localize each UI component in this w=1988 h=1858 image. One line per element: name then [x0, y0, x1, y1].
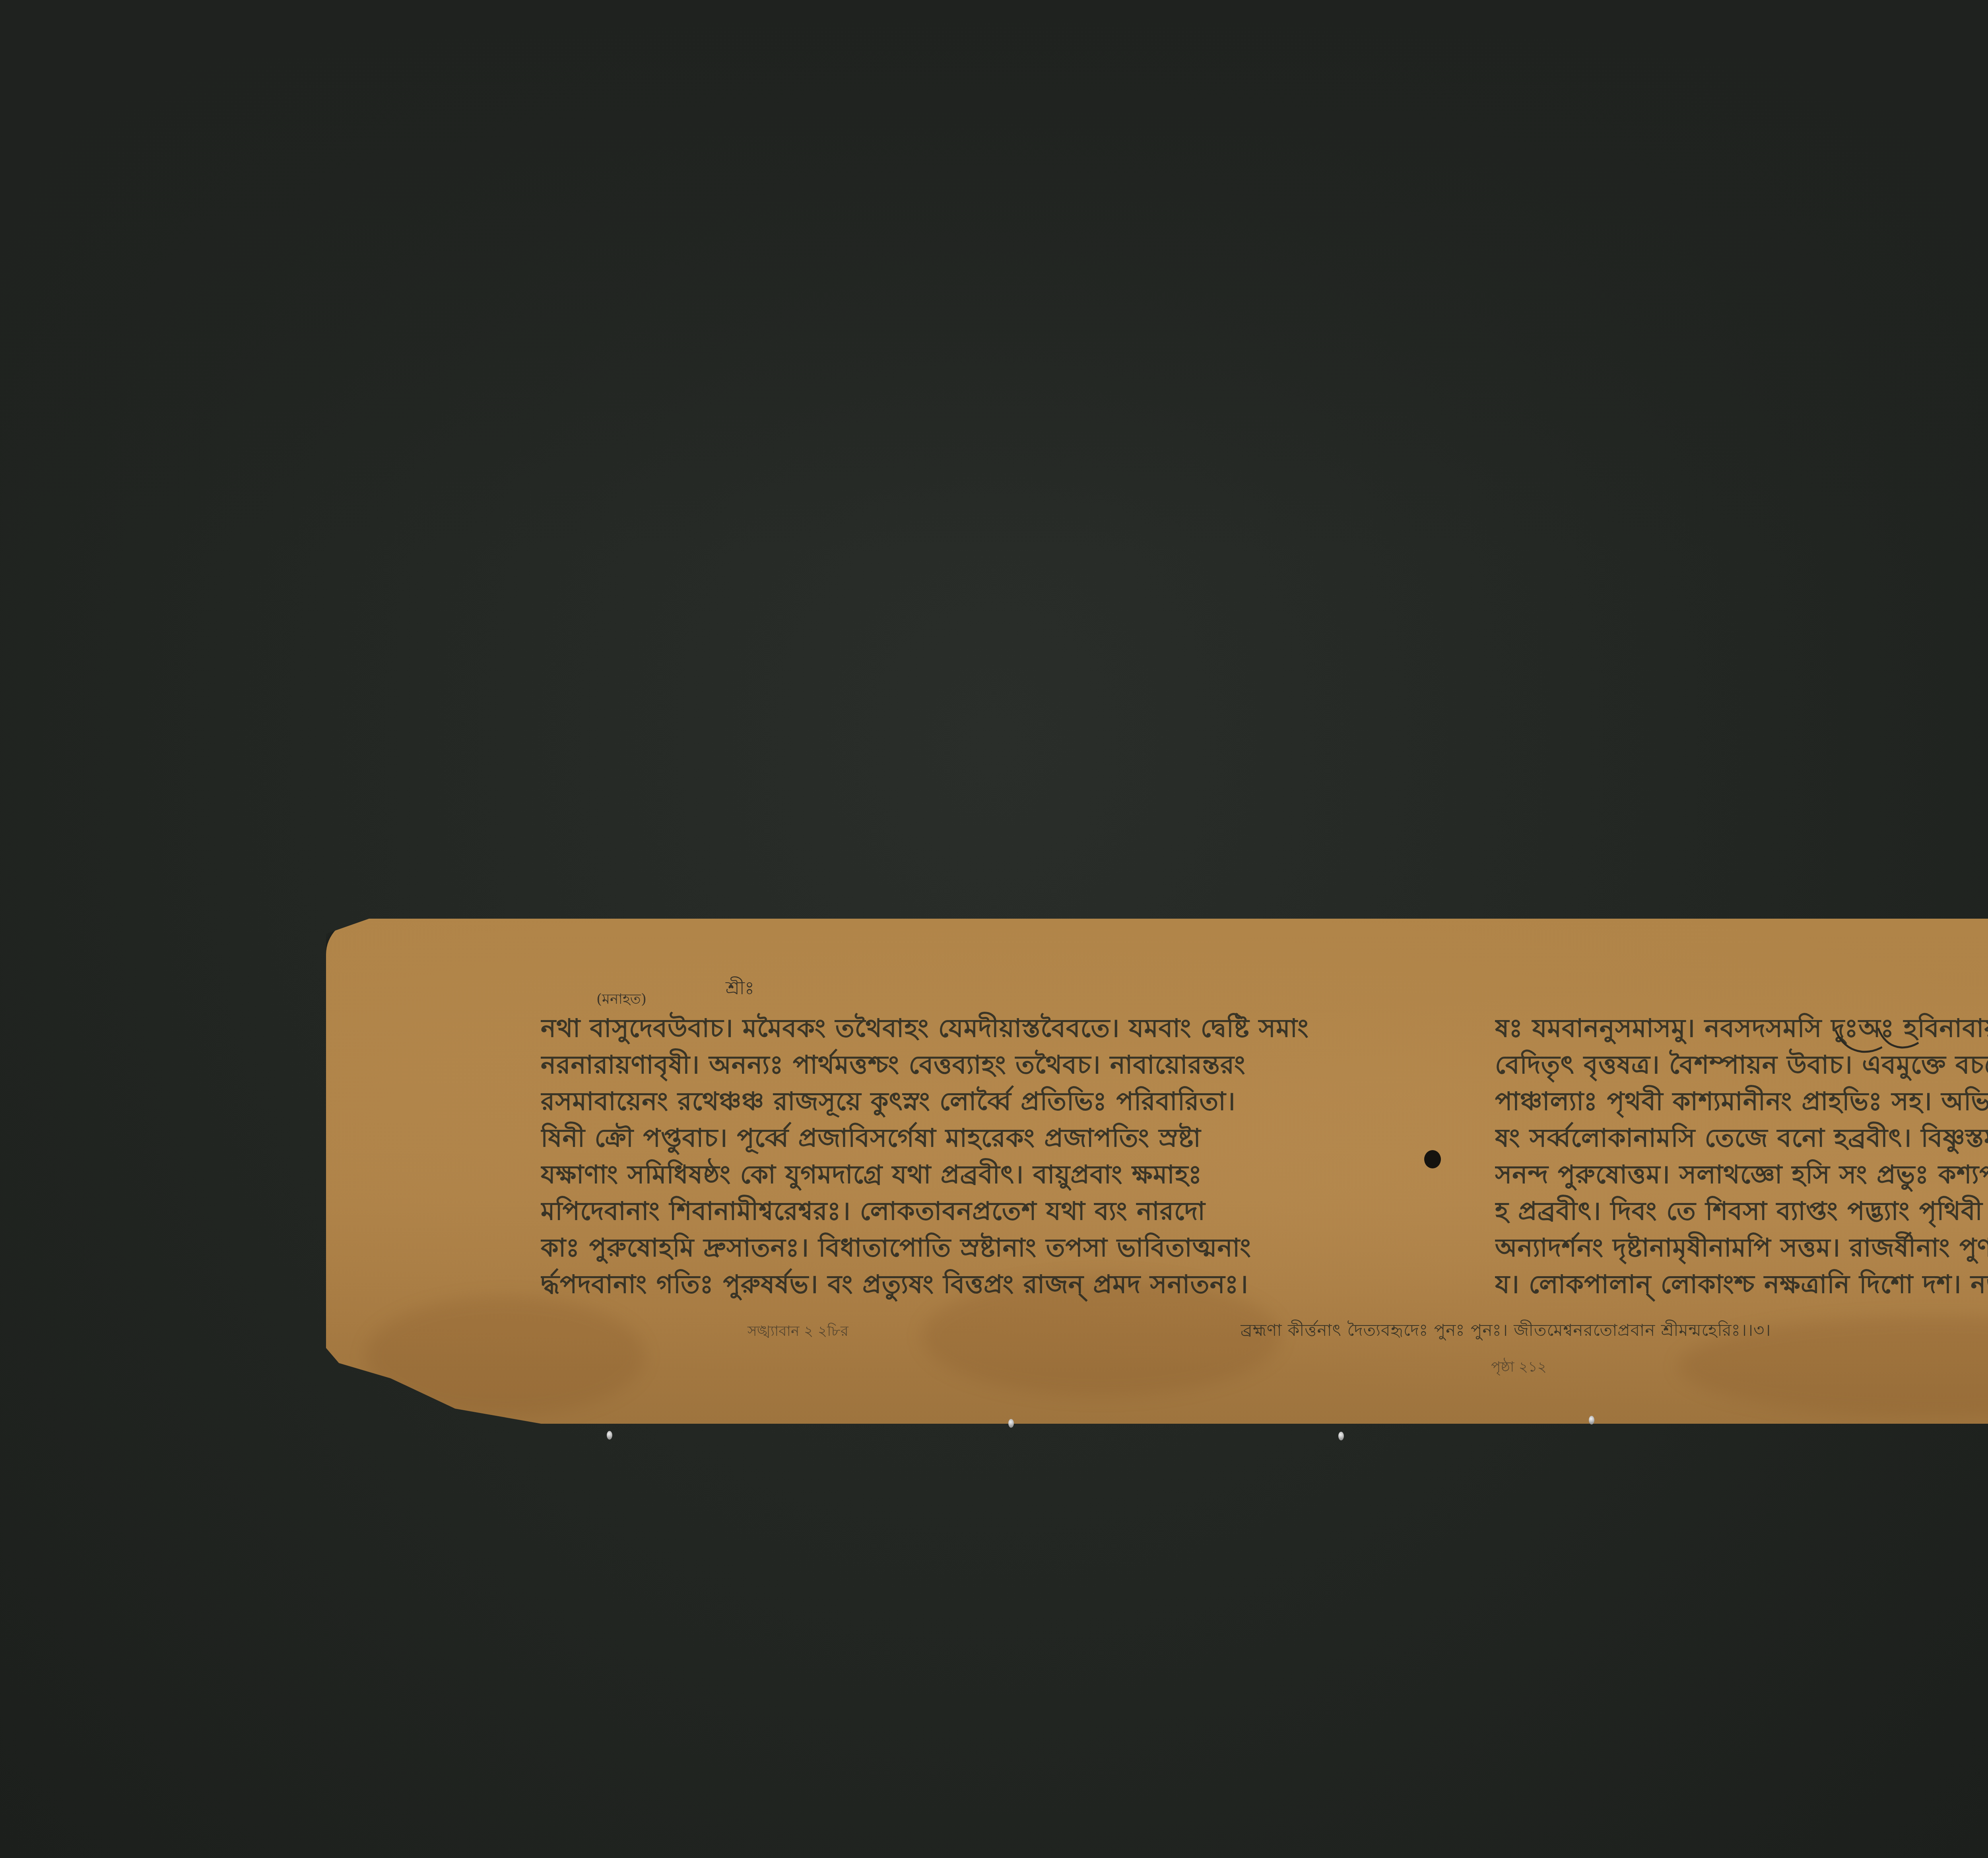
text-line: ষং সর্ব্বলোকানামসি তেজে বনো হব্রবীৎ। বিষ…	[1495, 1120, 1988, 1156]
text-line: বেদিতৃৎ বৃত্তষত্র। বৈশম্পায়ন উবাচ। এবমু…	[1495, 1047, 1988, 1083]
text-line: র্দ্ধপদবানাং গতিঃ পুরুষর্ষভ। বং প্রত্যুষ…	[541, 1266, 1408, 1303]
bottom-left-note: সঙ্খ্যাবান ২ ২৮ির	[747, 1320, 848, 1344]
text-line: নথা বাসুদেবউবাচ। মমৈবকং তথৈবাহং যেমদীয়া…	[541, 1010, 1408, 1047]
text-line: য। লোকপালান্ লোকাংশ্চ নক্ষত্রানি দিশো দশ…	[1495, 1266, 1988, 1303]
text-line: কাঃ পুরুষোহমি দ্রুসাতনঃ। বিধাতাপোতি স্রষ…	[541, 1230, 1408, 1266]
top-left-note: (মনাহত)	[596, 988, 646, 1012]
text-line: মপিদেবানাং শিবানামীশ্বরেশ্বরঃ। লোকতাবনপ্…	[541, 1193, 1408, 1230]
text-line: সনন্দ পুরুষোত্তম। সলাথজ্ঞো হসি সং প্রভুঃ…	[1495, 1156, 1988, 1193]
text-line: যক্ষাণাং সমিধিষষ্ঠং কো যুগমদাগ্রে যথা প্…	[541, 1156, 1408, 1193]
water-stain	[366, 1296, 644, 1416]
top-invocation: শ্রীঃ	[726, 974, 754, 1005]
text-line: ষিনী ক্রৌ পপ্তুবাচ। পূর্ব্বে প্রজাবিসর্গ…	[541, 1120, 1408, 1156]
bottom-center-note: পৃষ্ঠা ২১২	[1491, 1356, 1547, 1380]
mounting-pin	[607, 1431, 612, 1440]
text-line: হ প্রব্রবীৎ। দিবং তে শিবসা ব্যাপ্তং পদ্ভ…	[1495, 1193, 1988, 1230]
mounting-pin	[1589, 1416, 1594, 1425]
left-text-column: নথা বাসুদেবউবাচ। মমৈবকং তথৈবাহং যেমদীয়া…	[541, 1010, 1408, 1303]
mounting-pin	[1338, 1432, 1344, 1440]
background-vignette	[0, 0, 1988, 557]
right-text-column: ষঃ যমবাননুসমাসমু। নবসদসমসি দুঃঅঃ হবিনাবা…	[1495, 1010, 1988, 1303]
text-line: ষঃ যমবাননুসমাসমু। নবসদসমসি দুঃঅঃ হবিনাবা…	[1495, 1010, 1988, 1047]
text-line: অন্যাদর্শনং দৃষ্টানামৃষীনামপি সত্তম। রাজ…	[1495, 1230, 1988, 1266]
bottom-colophon-line: ব্রহ্মণা কীর্ত্তনাৎ দৈত্যবহৃদেঃ পুনঃ পুন…	[1241, 1316, 1988, 1344]
mounting-pin	[1008, 1419, 1014, 1428]
string-hole	[1424, 1150, 1441, 1168]
text-line: পাঞ্চাল্যাঃ পৃথবী কাশ্যমানীনং প্রাহভিঃ স…	[1495, 1083, 1988, 1120]
text-line: রসমাবায়েনং রথেঞ্চঞ্চ রাজসূয়ে কুৎস্নং ল…	[541, 1083, 1408, 1120]
manuscript-leaf: (মনাহত) শ্রীঃ নথা বাসুদেবউবাচ। মমৈবকং তথ…	[326, 919, 1988, 1424]
text-line: নরনারায়ণাবৃষী। অনন্যঃ পার্থমত্তশ্চং বেত…	[541, 1047, 1408, 1083]
